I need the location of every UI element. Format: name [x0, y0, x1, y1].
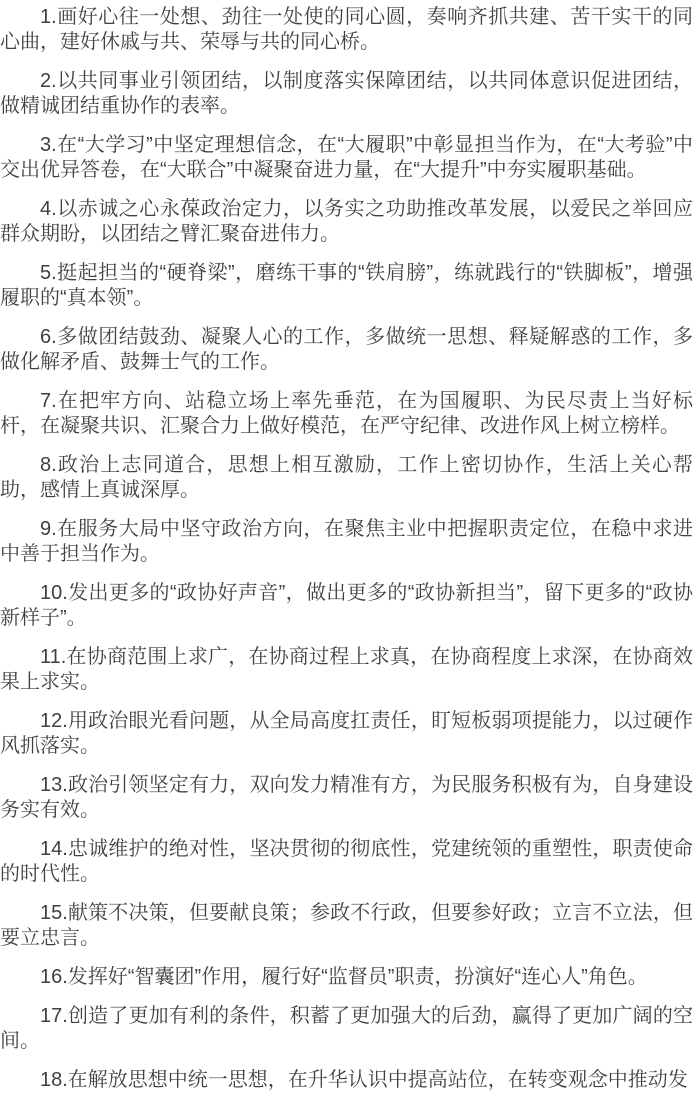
numbered-paragraph-14: 14.忠诚维护的绝对性，坚决贯彻的彻底性，党建统领的重塑性，职责使命的时代性。: [0, 837, 693, 887]
numbered-paragraph-2: 2.以共同事业引领团结，以制度落实保障团结，以共同体意识促进团结，做精诚团结重协…: [0, 69, 693, 119]
numbered-paragraph-6: 6.多做团结鼓劲、凝聚人心的工作，多做统一思想、释疑解惑的工作，多做化解矛盾、鼓…: [0, 325, 693, 375]
numbered-paragraph-4: 4.以赤诚之心永葆政治定力，以务实之功助推改革发展，以爱民之举回应群众期盼，以团…: [0, 197, 693, 247]
numbered-paragraph-12: 12.用政治眼光看问题，从全局高度扛责任，盯短板弱项提能力，以过硬作风抓落实。: [0, 709, 693, 759]
numbered-paragraph-16: 16.发挥好“智囊团”作用，履行好“监督员”职责，扮演好“连心人”角色。: [0, 965, 693, 990]
numbered-paragraph-11: 11.在协商范围上求广，在协商过程上求真，在协商程度上求深，在协商效果上求实。: [0, 645, 693, 695]
numbered-paragraph-17: 17.创造了更加有利的条件，积蓄了更加强大的后劲，赢得了更加广阔的空间。: [0, 1004, 693, 1054]
numbered-paragraph-5: 5.挺起担当的“硬脊梁”，磨练干事的“铁肩膀”，练就践行的“铁脚板”，增强履职的…: [0, 261, 693, 311]
numbered-paragraph-10: 10.发出更多的“政协好声音”，做出更多的“政协新担当”，留下更多的“政协新样子…: [0, 581, 693, 631]
numbered-paragraph-7: 7.在把牢方向、站稳立场上率先垂范，在为国履职、为民尽责上当好标杆，在凝聚共识、…: [0, 389, 693, 439]
document-page: 1.画好心往一处想、劲往一处使的同心圆，奏响齐抓共建、苦干实干的同心曲，建好休戚…: [0, 0, 693, 1097]
numbered-paragraph-3: 3.在“大学习”中坚定理想信念，在“大履职”中彰显担当作为，在“大考验”中交出优…: [0, 133, 693, 183]
numbered-paragraph-13: 13.政治引领坚定有力，双向发力精准有方，为民服务积极有为，自身建设务实有效。: [0, 773, 693, 823]
numbered-paragraph-8: 8.政治上志同道合，思想上相互激励，工作上密切协作，生活上关心帮助，感情上真诚深…: [0, 453, 693, 503]
numbered-paragraph-1: 1.画好心往一处想、劲往一处使的同心圆，奏响齐抓共建、苦干实干的同心曲，建好休戚…: [0, 5, 693, 55]
numbered-paragraph-9: 9.在服务大局中坚守政治方向，在聚焦主业中把握职责定位，在稳中求进中善于担当作为…: [0, 517, 693, 567]
numbered-paragraph-15: 15.献策不决策，但要献良策；参政不行政，但要参好政；立言不立法，但要立忠言。: [0, 901, 693, 951]
numbered-paragraph-18: 18.在解放思想中统一思想，在升华认识中提高站位，在转变观念中推动发: [0, 1068, 693, 1093]
